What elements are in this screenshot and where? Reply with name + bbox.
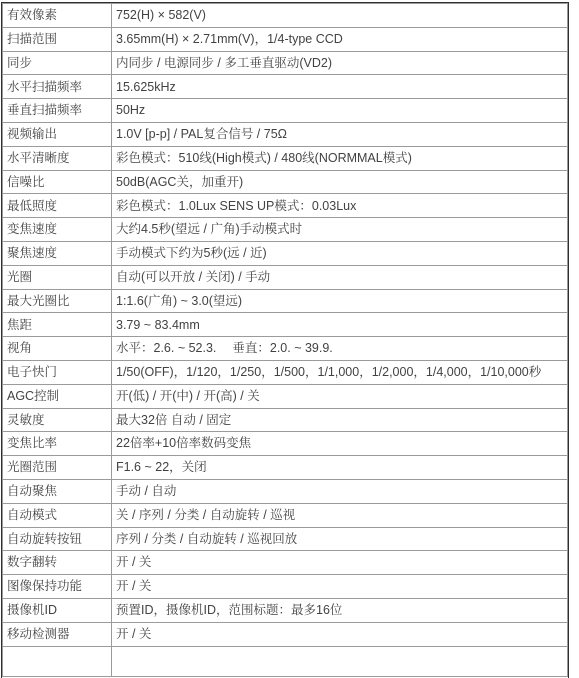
table-row: 灵敏度 最大32倍 自动 / 固定 bbox=[3, 408, 568, 432]
spec-label-cell: 最大光圈比 bbox=[3, 289, 112, 313]
spec-label-cell: 聚焦速度 bbox=[3, 241, 112, 265]
table-row: 光圈范围 F1.6 ~ 22，关闭 bbox=[3, 456, 568, 480]
spec-label-cell: 自动模式 bbox=[3, 503, 112, 527]
spec-value-cell: 50Hz bbox=[112, 99, 568, 123]
spec-value-cell: 752(H) × 582(V) bbox=[112, 4, 568, 28]
spec-label-cell: AGC控制 bbox=[3, 384, 112, 408]
table-row: AGC控制 开(低) / 开(中) / 开(高) / 关 bbox=[3, 384, 568, 408]
spec-value-cell: 彩色模式：1.0Lux SENS UP模式：0.03Lux bbox=[112, 194, 568, 218]
spec-value-cell: 关 / 序列 / 分类 / 自动旋转 / 巡视 bbox=[112, 503, 568, 527]
table-row: 水平清晰度 彩色模式：510线(High模式) / 480线(NORMMAL模式… bbox=[3, 146, 568, 170]
table-row: 移动检测器 开 / 关 bbox=[3, 622, 568, 646]
spec-value-cell: 1.0V [p-p] / PAL复合信号 / 75Ω bbox=[112, 122, 568, 146]
table-row: 最大光圈比 1:1.6(广角) ~ 3.0(望远) bbox=[3, 289, 568, 313]
table-row: 图像保持功能 开 / 关 bbox=[3, 575, 568, 599]
spec-label-cell: 光圈 bbox=[3, 265, 112, 289]
spec-label-cell: 变焦速度 bbox=[3, 218, 112, 242]
spec-value-cell: 1/50(OFF)，1/120，1/250，1/500，1/1,000，1/2,… bbox=[112, 360, 568, 384]
table-row: 光圈 自动(可以开放 / 关闭) / 手动 bbox=[3, 265, 568, 289]
spec-value-cell: 预置ID，摄像机ID，范围标题：最多16位 bbox=[112, 598, 568, 622]
table-row: 自动旋转按钮 序列 / 分类 / 自动旋转 / 巡视回放 bbox=[3, 527, 568, 551]
spec-label-cell: 变焦比率 bbox=[3, 432, 112, 456]
spec-label-cell: 数字翻转 bbox=[3, 551, 112, 575]
spec-label-cell: 同步 bbox=[3, 51, 112, 75]
spec-value-cell: 序列 / 分类 / 自动旋转 / 巡视回放 bbox=[112, 527, 568, 551]
spec-value-cell: 手动 / 自动 bbox=[112, 479, 568, 503]
spec-value-cell: 手动模式下约为5秒(远 / 近) bbox=[112, 241, 568, 265]
spec-label-cell: 信噪比 bbox=[3, 170, 112, 194]
spec-label-cell: 自动聚焦 bbox=[3, 479, 112, 503]
spec-value-cell: 自动(可以开放 / 关闭) / 手动 bbox=[112, 265, 568, 289]
table-row: 同步 内同步 / 电源同步 / 多工垂直驱动(VD2) bbox=[3, 51, 568, 75]
spec-label-cell: 有效像素 bbox=[3, 4, 112, 28]
table-row: 有效像素 752(H) × 582(V) bbox=[3, 4, 568, 28]
table-row: 水平扫描频率 15.625kHz bbox=[3, 75, 568, 99]
spec-table: 有效像素 752(H) × 582(V) 扫描范围 3.65mm(H) × 2.… bbox=[2, 3, 568, 677]
table-row: 变焦速度 大约4.5秒(望远 / 广角)手动模式时 bbox=[3, 218, 568, 242]
spec-value-cell: F1.6 ~ 22，关闭 bbox=[112, 456, 568, 480]
spec-table-container: 有效像素 752(H) × 582(V) 扫描范围 3.65mm(H) × 2.… bbox=[1, 2, 569, 678]
spec-value-cell: 3.65mm(H) × 2.71mm(V)，1/4-type CCD bbox=[112, 27, 568, 51]
spec-label-cell: 视角 bbox=[3, 337, 112, 361]
spec-label-cell: 灵敏度 bbox=[3, 408, 112, 432]
spec-value-cell: 最大32倍 自动 / 固定 bbox=[112, 408, 568, 432]
table-row: 垂直扫描频率 50Hz bbox=[3, 99, 568, 123]
spec-label-cell: 移动检测器 bbox=[3, 622, 112, 646]
table-row: 电子快门 1/50(OFF)，1/120，1/250，1/500，1/1,000… bbox=[3, 360, 568, 384]
spec-value-cell: 开 / 关 bbox=[112, 622, 568, 646]
table-row: 视频输出 1.0V [p-p] / PAL复合信号 / 75Ω bbox=[3, 122, 568, 146]
spec-value-cell: 15.625kHz bbox=[112, 75, 568, 99]
table-row: 信噪比 50dB(AGC关，加重开) bbox=[3, 170, 568, 194]
table-row: 自动模式 关 / 序列 / 分类 / 自动旋转 / 巡视 bbox=[3, 503, 568, 527]
spec-label-cell: 视频输出 bbox=[3, 122, 112, 146]
spec-label-cell: 摄像机ID bbox=[3, 598, 112, 622]
spec-label-cell: 图像保持功能 bbox=[3, 575, 112, 599]
spec-label-cell: 水平清晰度 bbox=[3, 146, 112, 170]
spec-value-cell: 水平：2.6. ~ 52.3. 垂直：2.0. ~ 39.9. bbox=[112, 337, 568, 361]
spec-label-cell: 光圈范围 bbox=[3, 456, 112, 480]
spec-value-cell: 开 / 关 bbox=[112, 575, 568, 599]
table-row: 数字翻转 开 / 关 bbox=[3, 551, 568, 575]
spec-value-cell: 彩色模式：510线(High模式) / 480线(NORMMAL模式) bbox=[112, 146, 568, 170]
table-row: 扫描范围 3.65mm(H) × 2.71mm(V)，1/4-type CCD bbox=[3, 27, 568, 51]
spec-label-cell: 最低照度 bbox=[3, 194, 112, 218]
spec-value-cell: 50dB(AGC关，加重开) bbox=[112, 170, 568, 194]
spec-value-cell: 开 / 关 bbox=[112, 551, 568, 575]
spec-label-cell: 自动旋转按钮 bbox=[3, 527, 112, 551]
spec-value-cell: 内同步 / 电源同步 / 多工垂直驱动(VD2) bbox=[112, 51, 568, 75]
table-row: 视角 水平：2.6. ~ 52.3. 垂直：2.0. ~ 39.9. bbox=[3, 337, 568, 361]
spec-value-cell: 开(低) / 开(中) / 开(高) / 关 bbox=[112, 384, 568, 408]
spec-label-cell: 垂直扫描频率 bbox=[3, 99, 112, 123]
spec-value-cell: 3.79 ~ 83.4mm bbox=[112, 313, 568, 337]
table-row: 焦距 3.79 ~ 83.4mm bbox=[3, 313, 568, 337]
spec-value-cell: 1:1.6(广角) ~ 3.0(望远) bbox=[112, 289, 568, 313]
spec-label-cell bbox=[3, 646, 112, 676]
table-row: 聚焦速度 手动模式下约为5秒(远 / 近) bbox=[3, 241, 568, 265]
table-row: 最低照度 彩色模式：1.0Lux SENS UP模式：0.03Lux bbox=[3, 194, 568, 218]
table-row: 摄像机ID 预置ID，摄像机ID，范围标题：最多16位 bbox=[3, 598, 568, 622]
spec-value-cell bbox=[112, 646, 568, 676]
spec-label-cell: 焦距 bbox=[3, 313, 112, 337]
table-row: 变焦比率 22倍率+10倍率数码变焦 bbox=[3, 432, 568, 456]
spec-label-cell: 水平扫描频率 bbox=[3, 75, 112, 99]
table-row-partial bbox=[3, 646, 568, 676]
spec-value-cell: 22倍率+10倍率数码变焦 bbox=[112, 432, 568, 456]
spec-value-cell: 大约4.5秒(望远 / 广角)手动模式时 bbox=[112, 218, 568, 242]
spec-label-cell: 电子快门 bbox=[3, 360, 112, 384]
spec-label-cell: 扫描范围 bbox=[3, 27, 112, 51]
table-row: 自动聚焦 手动 / 自动 bbox=[3, 479, 568, 503]
